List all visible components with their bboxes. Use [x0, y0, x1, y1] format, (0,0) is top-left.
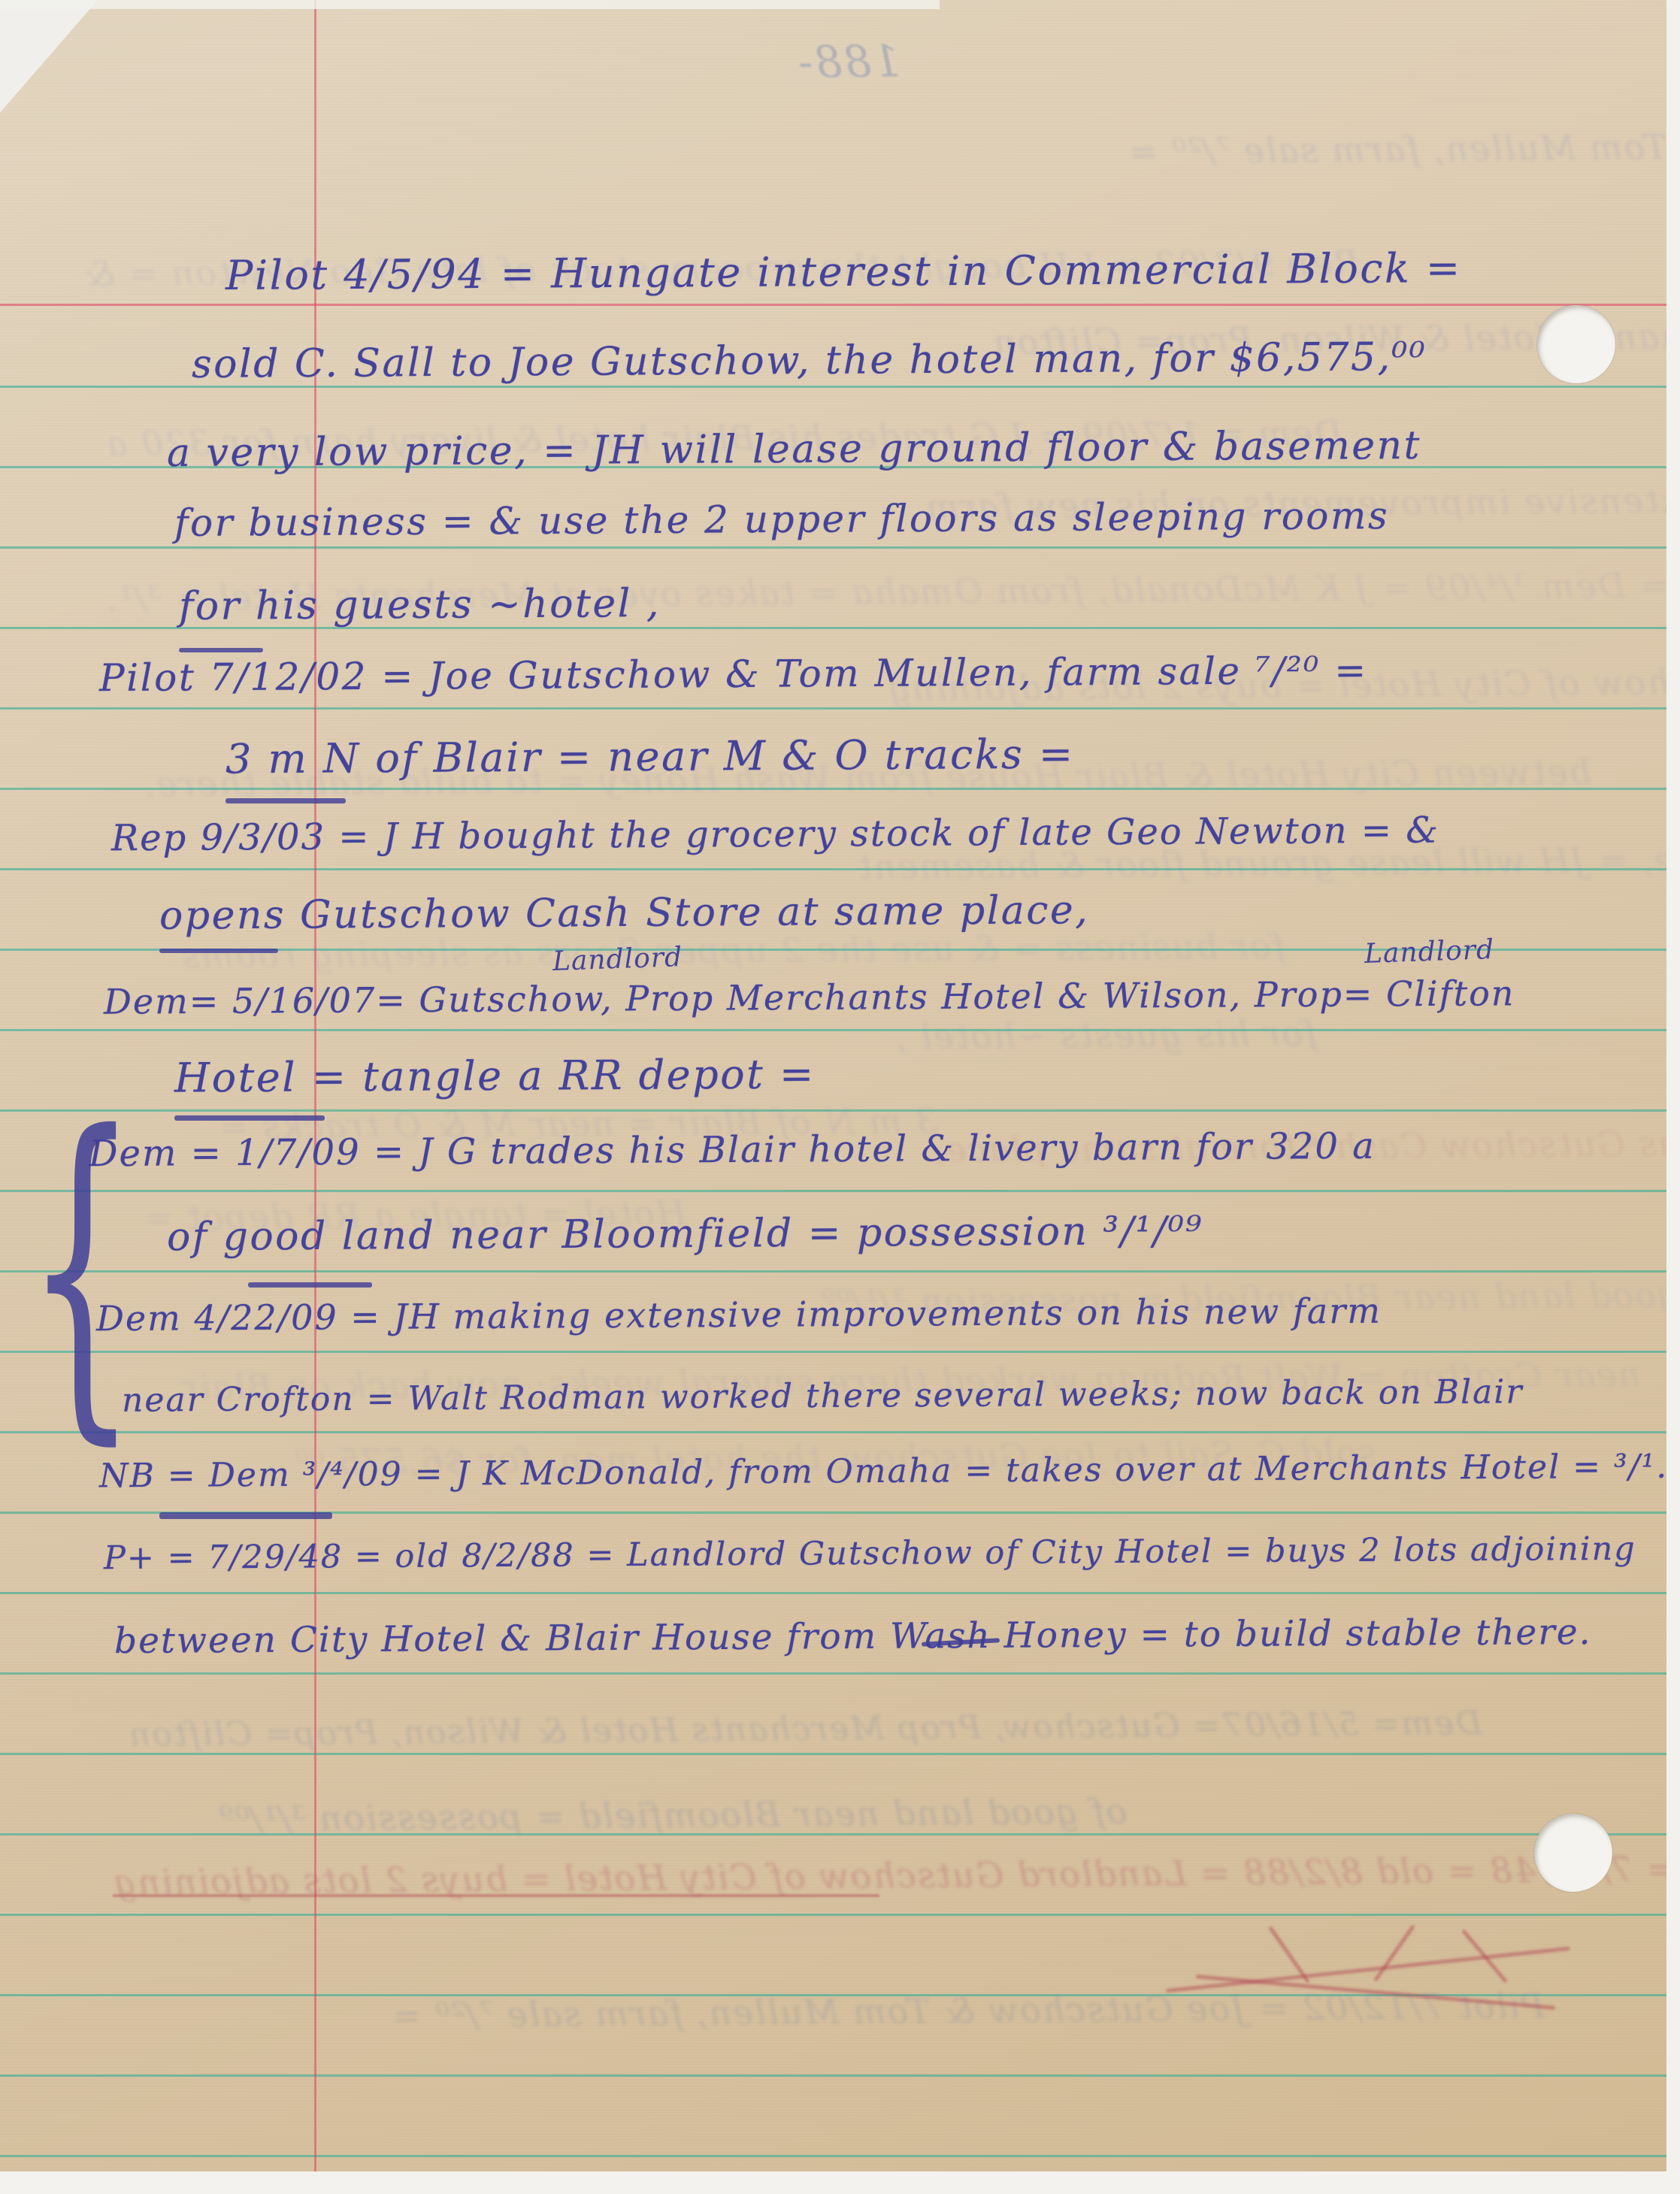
ink-underline [226, 798, 346, 803]
scanner-edge-top [0, 0, 940, 9]
handwritten-line: Rep 9/3/03 = J H bought the grocery stoc… [111, 810, 1439, 860]
bleedthrough-handwriting-pencil: of good land near Bloomfield = possessio… [218, 1791, 1128, 1840]
handwritten-line: 3 m N of Blair = near M & O tracks = [226, 731, 1075, 783]
handwritten-line: Dem = 1/7/09 = J G trades his Blair hote… [89, 1125, 1376, 1175]
margin-brace: { [26, 1091, 138, 1445]
handwritten-line: Hotel = tangle a RR depot = [174, 1050, 816, 1101]
header-rule-red [0, 304, 1680, 306]
handwritten-line: of good land near Bloomfield = possessio… [167, 1209, 1203, 1260]
handwritten-line: opens Gutschow Cash Store at same place, [159, 888, 1090, 939]
punched-hole [1534, 1814, 1612, 1892]
handwritten-line: Dem 4/22/09 = JH making extensive improv… [96, 1291, 1382, 1339]
handwritten-line: a very low price, = JH will lease ground… [167, 423, 1421, 476]
handwritten-line: Pilot 7/12/02 = Joe Gutschow & Tom Mulle… [99, 649, 1368, 700]
superscript-note: Landlord [1364, 934, 1494, 970]
handwritten-line: Pilot 4/5/94 = Hungate interest in Comme… [226, 244, 1462, 299]
bleedthrough-handwriting: for his guests ~hotel , [894, 1013, 1317, 1058]
scanner-edge-right [1666, 0, 1680, 2194]
scanner-edge-bottom [0, 2171, 1680, 2194]
ink-underline [159, 949, 278, 953]
bleedthrough-red-scrawl [1165, 1945, 1586, 2035]
handwritten-line: sold C. Sall to Joe Gutschow, the hotel … [192, 334, 1427, 387]
bleedthrough-page-number: 188- [797, 35, 901, 87]
ink-underline [179, 648, 263, 652]
handwritten-line: for his guests ~hotel , [179, 581, 661, 629]
handwritten-line: Dem= 5/16/07= Gutschow, Prop Merchants H… [104, 973, 1515, 1021]
bleedthrough-red-strike [113, 1894, 879, 1897]
superscript-note: Landlord [552, 942, 683, 977]
ink-underline [174, 1115, 325, 1121]
punched-hole [1537, 305, 1615, 383]
handwritten-line: for business = & use the 2 upper floors … [174, 494, 1389, 545]
ink-underline [248, 1282, 372, 1288]
scanned-notebook-page: 188- Pilot 7/12/02 = Joe Gutschow & Tom … [0, 0, 1680, 2194]
ink-underline [159, 1512, 332, 1519]
